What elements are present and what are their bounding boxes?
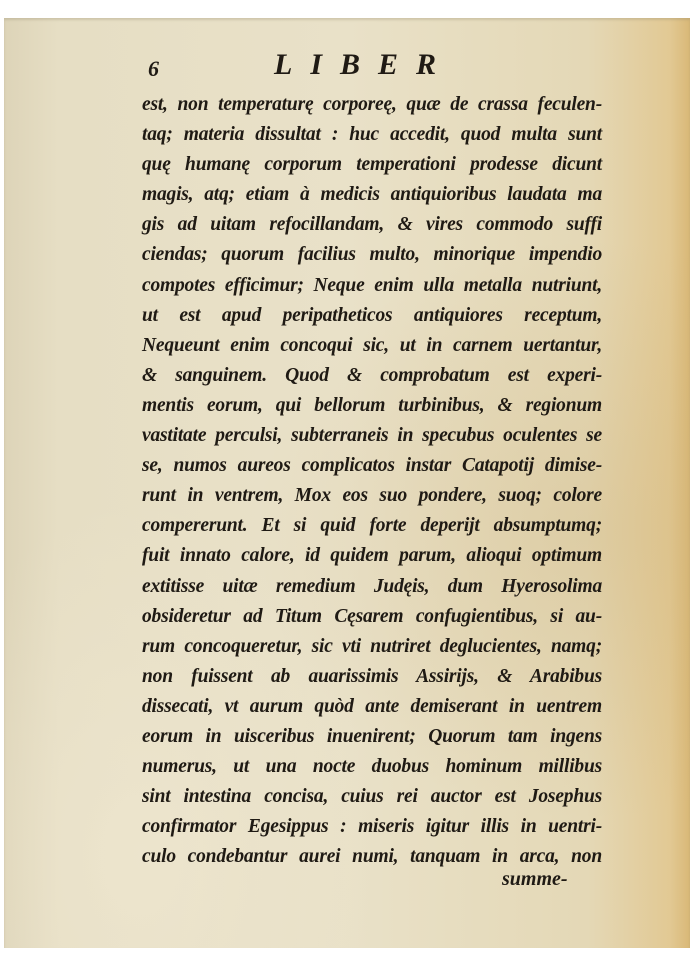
text-line: sint intestina concisa, cuius rei auctor… xyxy=(142,782,602,812)
text-line: confirmator Egesippus : miseris igitur i… xyxy=(142,812,602,842)
text-line: taq; materia dissultat : huc accedit, qu… xyxy=(142,120,602,150)
text-block: 6 LIBER est, non temperaturę corporeę, q… xyxy=(142,48,602,88)
text-line: rum concoqueretur, sic vti nutriret degl… xyxy=(142,632,602,662)
book-page-scan: 6 LIBER est, non temperaturę corporeę, q… xyxy=(4,18,690,948)
running-title: LIBER xyxy=(274,48,454,82)
text-line: compererunt. Et si quid forte deperijt a… xyxy=(142,511,602,541)
text-line: se, numos aureos complicatos instar Cata… xyxy=(142,451,602,481)
text-line: & sanguinem. Quod & comprobatum est expe… xyxy=(142,361,602,391)
page-number: 6 xyxy=(148,56,159,82)
text-line: eorum in uisceribus inuenirent; Quorum t… xyxy=(142,722,602,752)
text-line: quę humanę corporum temperationi prodess… xyxy=(142,150,602,180)
text-line: obsideretur ad Titum Cęsarem confugienti… xyxy=(142,602,602,632)
text-line: fuit innato calore, id quidem parum, ali… xyxy=(142,541,602,571)
text-line: numerus, ut una nocte duobus hominum mil… xyxy=(142,752,602,782)
text-line: dissecati, vt aurum quòd ante demiserant… xyxy=(142,692,602,722)
page-header: 6 LIBER xyxy=(142,48,602,88)
text-line: runt in ventrem, Mox eos suo pondere, su… xyxy=(142,481,602,511)
text-line: Nequeunt enim concoqui sic, ut in carnem… xyxy=(142,331,602,361)
text-line: compotes efficimur; Neque enim ulla meta… xyxy=(142,271,602,301)
text-line: non fuissent ab auarissimis Assirijs, & … xyxy=(142,662,602,692)
text-line: magis, atq; etiam à medicis antiquioribu… xyxy=(142,180,602,210)
body-text: est, non temperaturę corporeę, quæ de cr… xyxy=(142,90,602,872)
text-line: ciendas; quorum facilius multo, minoriqu… xyxy=(142,240,602,270)
catchword: summe- xyxy=(502,868,568,891)
text-line: mentis eorum, qui bellorum turbinibus, &… xyxy=(142,391,602,421)
text-line: est, non temperaturę corporeę, quæ de cr… xyxy=(142,90,602,120)
text-line: vastitate perculsi, subterraneis in spec… xyxy=(142,421,602,451)
text-line: gis ad uitam refocillandam, & vires comm… xyxy=(142,210,602,240)
text-line: extitisse uitæ remedium Judęis, dum Hyer… xyxy=(142,572,602,602)
text-line: ut est apud peripatheticos antiquiores r… xyxy=(142,301,602,331)
